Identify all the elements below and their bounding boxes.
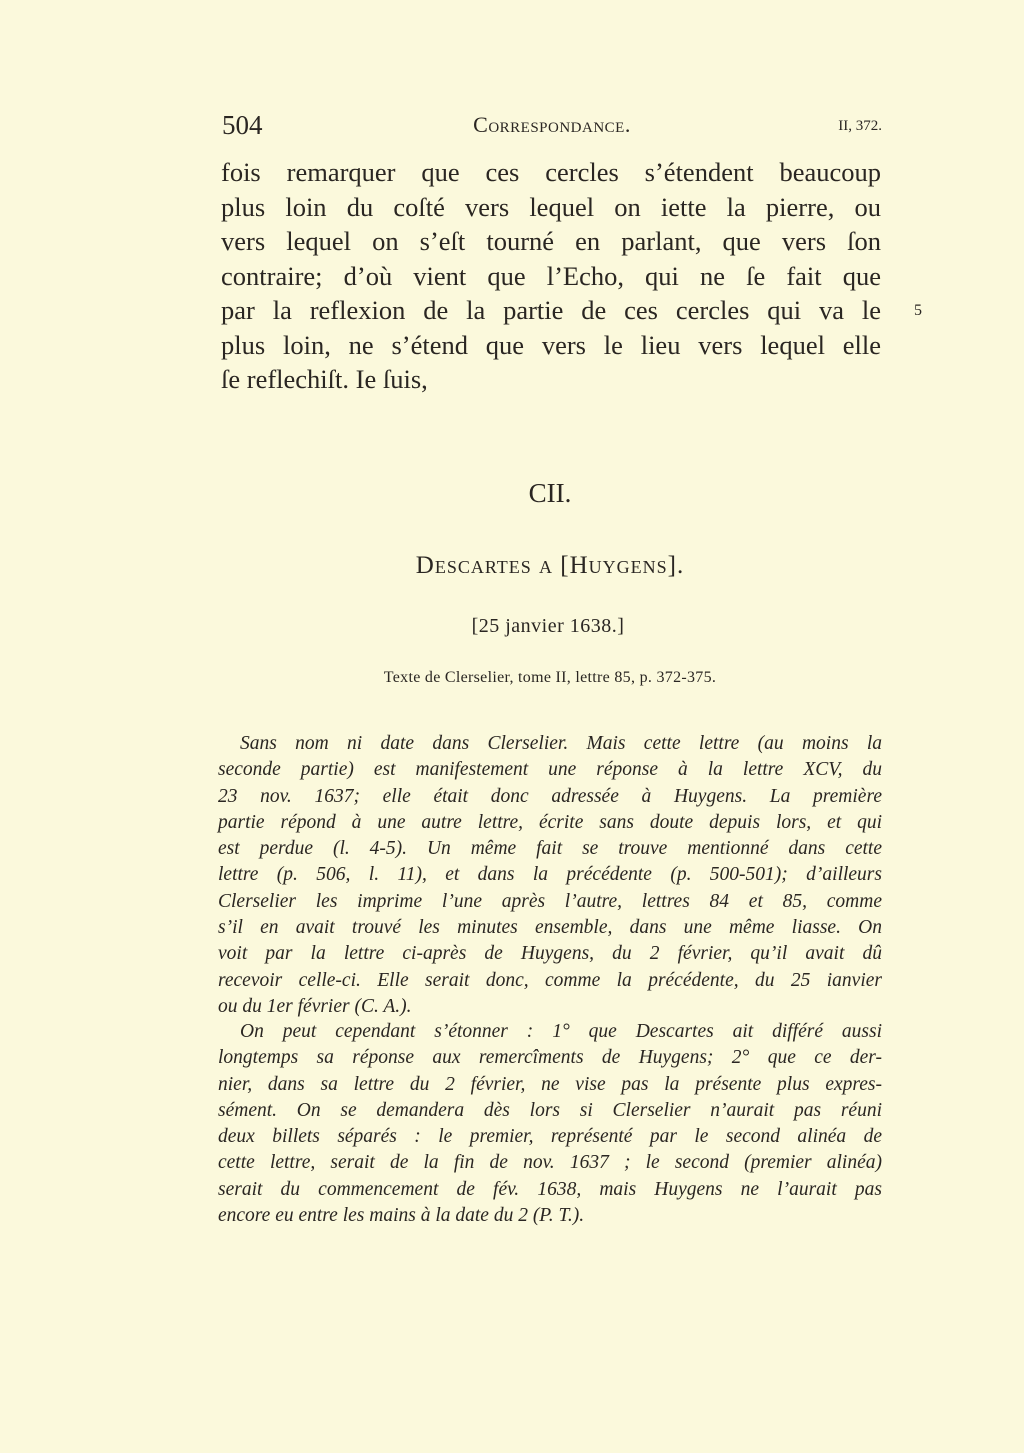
note-line: ou du 1er février (C. A.). bbox=[218, 994, 882, 1020]
book-page: 504 Correspondance. II, 372. fois remarq… bbox=[0, 0, 1024, 1453]
note-line: voit par la lettre ci-après de Huygens, … bbox=[218, 941, 882, 967]
note-line: nier, dans sa lettre du 2 février, ne vi… bbox=[218, 1072, 882, 1098]
note-line: seconde partie) est manifestement une ré… bbox=[218, 757, 882, 783]
note-line: cette lettre, serait de la fin de nov. 1… bbox=[218, 1150, 882, 1176]
editorial-note-1: Sans nom ni date dans Clerselier. Mais c… bbox=[218, 731, 882, 1020]
note-line: s’il en avait trouvé les minutes ensembl… bbox=[218, 915, 882, 941]
note-line: partie répond à une autre lettre, écrite… bbox=[218, 810, 882, 836]
note-line: On peut cependant s’étonner : 1° que Des… bbox=[218, 1019, 882, 1045]
note-line: encore eu entre les mains à la date du 2… bbox=[218, 1203, 882, 1229]
source-note: Texte de Clerselier, tome II, lettre 85,… bbox=[0, 669, 1024, 687]
letter-title: Descartes a [Huygens]. bbox=[0, 552, 1024, 580]
note-line: Clerselier les imprime l’une après l’aut… bbox=[218, 889, 882, 915]
letter-number: CII. bbox=[0, 478, 1024, 509]
text-line: plus loin, ne s’étend que vers le lieu v… bbox=[221, 328, 881, 363]
text-line: par la reflexion de la partie de ces cer… bbox=[221, 293, 881, 328]
letter-date: [25 janvier 1638.] bbox=[0, 615, 1024, 638]
note-line: recevoir celle-ci. Elle serait donc, com… bbox=[218, 968, 882, 994]
note-line: deux billets séparés : le premier, repré… bbox=[218, 1124, 882, 1150]
running-title: Correspondance. bbox=[222, 112, 882, 138]
note-line: lettre (p. 506, l. 11), et dans la précé… bbox=[218, 862, 882, 888]
note-line: serait du commencement de fév. 1638, mai… bbox=[218, 1177, 882, 1203]
text-line: fois remarquer que ces cercles s’étenden… bbox=[221, 155, 881, 190]
note-line: 23 nov. 1637; elle était donc adressée à… bbox=[218, 784, 882, 810]
note-line: longtemps sa réponse aux remercîments de… bbox=[218, 1045, 882, 1071]
margin-line-number: 5 bbox=[914, 302, 922, 320]
text-line: vers lequel on s’eſt tourné en parlant, … bbox=[221, 224, 881, 259]
note-line: est perdue (l. 4-5). Un même fait se tro… bbox=[218, 836, 882, 862]
volume-reference: II, 372. bbox=[838, 118, 882, 135]
running-head: 504 Correspondance. II, 372. bbox=[222, 110, 882, 144]
note-line: Sans nom ni date dans Clerselier. Mais c… bbox=[218, 731, 882, 757]
text-line: ſe reflechiſt. Ie ſuis, bbox=[221, 362, 881, 397]
text-line: plus loin du coſté vers lequel on iette … bbox=[221, 190, 881, 225]
editorial-note-2: On peut cependant s’étonner : 1° que Des… bbox=[218, 1019, 882, 1229]
letter-body-continuation: fois remarquer que ces cercles s’étenden… bbox=[221, 155, 881, 397]
note-line: sément. On se demandera dès lors si Cler… bbox=[218, 1098, 882, 1124]
text-line: contraire; d’où vient que l’Echo, qui ne… bbox=[221, 259, 881, 294]
